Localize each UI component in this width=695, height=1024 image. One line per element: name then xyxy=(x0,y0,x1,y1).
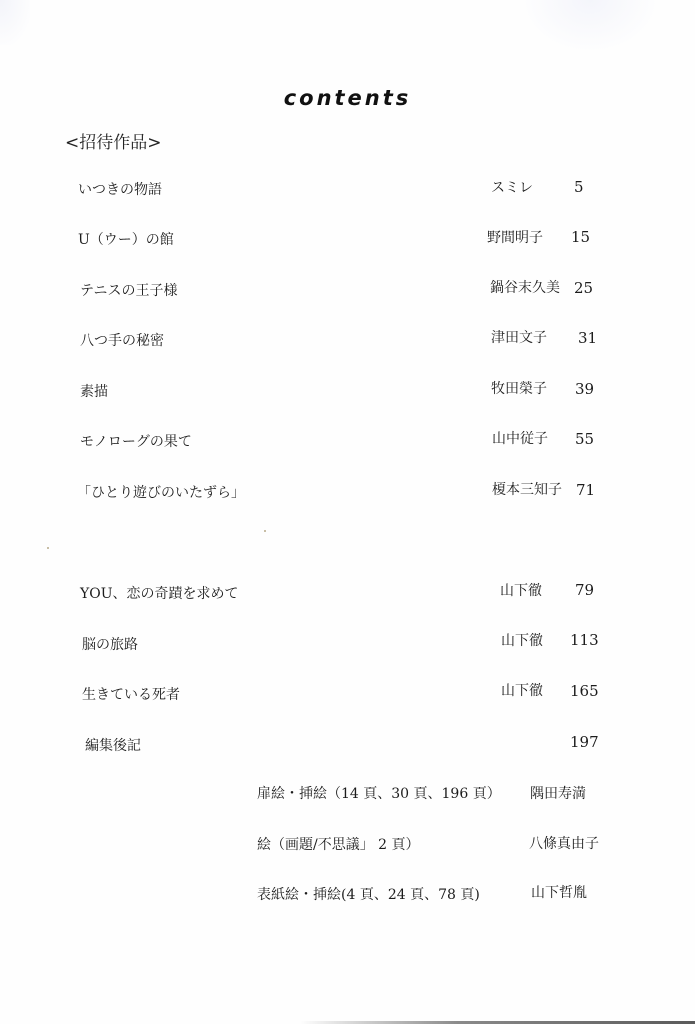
art-credit-text: 表紙絵・挿絵(4 頁、24 頁、78 頁) xyxy=(257,886,480,904)
art-credit-artist: 山下哲胤 xyxy=(531,884,587,902)
toc-entry-page[interactable]: 79 xyxy=(575,581,594,599)
art-credit-artist: 八條真由子 xyxy=(529,835,599,853)
toc-entry-page[interactable]: 113 xyxy=(570,631,599,649)
page-title: contents xyxy=(0,86,695,110)
toc-entry-title[interactable]: いつきの物語 xyxy=(78,181,162,199)
toc-entry-author: 鍋谷末久美 xyxy=(490,279,560,297)
toc-entry-title[interactable]: 八つ手の秘密 xyxy=(80,332,164,350)
toc-entry-title[interactable]: 脳の旅路 xyxy=(82,636,138,654)
art-credit-text: 扉絵・挿絵（14 頁、30 頁、196 頁） xyxy=(257,785,501,803)
art-credit-text: 絵（画題/不思議」 2 頁） xyxy=(257,836,420,854)
toc-entry-page[interactable]: 165 xyxy=(570,682,599,700)
toc-entry-title[interactable]: 生きている死者 xyxy=(82,686,180,704)
toc-entry-author: 山中従子 xyxy=(492,430,548,448)
toc-entry-title[interactable]: モノローグの果て xyxy=(80,433,192,451)
toc-entry-title[interactable]: 編集後記 xyxy=(85,737,141,755)
scan-shadow-top-right xyxy=(525,0,655,50)
art-credit-artist: 隅田寿満 xyxy=(530,785,586,803)
toc-entry-title[interactable]: 「ひとり遊びのいたずら」 xyxy=(77,484,245,502)
toc-entry-page[interactable]: 25 xyxy=(574,279,593,297)
toc-entry-author: 牧田榮子 xyxy=(491,380,547,398)
toc-entry-page[interactable]: 55 xyxy=(575,430,594,448)
toc-entry-page[interactable]: 15 xyxy=(571,228,590,246)
toc-entry-author: スミレ xyxy=(491,179,533,197)
scan-shadow-top-left xyxy=(0,0,30,45)
toc-entry-author: 山下徹 xyxy=(501,682,543,700)
section-heading-invited: <招待作品> xyxy=(65,128,162,153)
toc-entry-title[interactable]: U（ウー）の館 xyxy=(78,231,174,249)
toc-entry-page[interactable]: 71 xyxy=(576,481,595,499)
toc-entry-title[interactable]: テニスの王子様 xyxy=(80,282,177,300)
toc-entry-author: 山下徹 xyxy=(501,632,543,650)
toc-entry-author: 山下徹 xyxy=(500,582,542,600)
scan-speck xyxy=(47,547,49,549)
contents-page: contents <招待作品> いつきの物語 スミレ 5 U（ウー）の館 野間明… xyxy=(0,0,695,1024)
toc-entry-title[interactable]: 素描 xyxy=(80,383,108,401)
toc-entry-page[interactable]: 31 xyxy=(578,329,597,347)
toc-entry-author: 榎本三知子 xyxy=(492,481,562,499)
toc-entry-author: 野間明子 xyxy=(487,229,543,247)
toc-entry-title[interactable]: YOU、恋の奇蹟を求めて xyxy=(80,585,239,603)
toc-entry-author: 津田文子 xyxy=(491,329,547,347)
toc-entry-page[interactable]: 197 xyxy=(570,733,599,751)
toc-entry-page[interactable]: 5 xyxy=(574,178,584,196)
scan-speck xyxy=(264,530,266,532)
toc-entry-page[interactable]: 39 xyxy=(575,380,594,398)
